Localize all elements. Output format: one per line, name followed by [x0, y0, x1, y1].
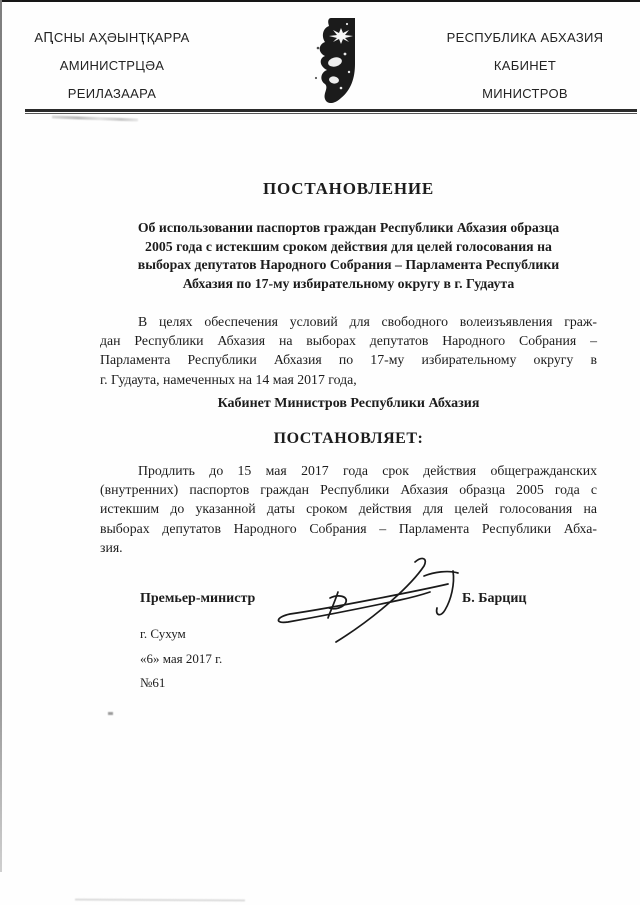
header-russian-line-1: РЕСПУБЛИКА АБХАЗИЯ [440, 24, 610, 52]
header-divider-thick-line [25, 109, 637, 112]
header-abkhaz-line-3: РЕИЛАЗААРА [2, 80, 222, 108]
header-russian-line-2: КАБИНЕТ [440, 52, 610, 80]
operative-paragraph: Продлить до 15 мая 2017 года срок действ… [100, 461, 597, 557]
scan-bottom-artifact [75, 899, 245, 902]
operative-line: Продлить до 15 мая 2017 года срок действ… [100, 461, 597, 480]
preamble-line: В целях обеспечения условий для свободно… [100, 312, 597, 331]
operative-line: (внутренних) паспортов граждан Республик… [100, 480, 597, 499]
signatory-post: Премьер-министр [140, 591, 255, 607]
issue-place: г. Сухум [140, 626, 186, 642]
header-abkhaz-line-1: АԤСНЫ АҲӘЫНҬҚАРРА [2, 24, 222, 52]
subject-line: Об использовании паспортов граждан Респу… [100, 219, 597, 238]
scan-speck-artifact [108, 712, 113, 715]
scan-smudge-artifact [52, 116, 138, 122]
resolves-heading: ПОСТАНОВЛЯЕТ: [100, 430, 597, 448]
preamble-paragraph: В целях обеспечения условий для свободно… [100, 312, 597, 389]
document-title: ПОСТАНОВЛЕНИЕ [100, 179, 597, 199]
signatory-name: Б. Барциц [462, 591, 527, 607]
header-russian-block: РЕСПУБЛИКА АБХАЗИЯ КАБИНЕТ МИНИСТРОВ [440, 24, 610, 108]
preamble-line: г. Гудаута, намеченных на 14 мая 2017 го… [100, 370, 597, 389]
issue-date: «6» мая 2017 г. [140, 651, 222, 667]
header-abkhaz-line-2: АМИНИСТРЦӘА [2, 52, 222, 80]
document-subject: Об использовании паспортов граждан Респу… [100, 219, 597, 293]
preamble-line: Парламента Республики Абхазия по 17-му и… [100, 350, 597, 369]
header-abkhaz-block: АԤСНЫ АҲӘЫНҬҚАРРА АМИНИСТРЦӘА РЕИЛАЗААРА [2, 24, 222, 108]
subject-line: 2005 года с истекшим сроком действия для… [100, 238, 597, 257]
header-russian-line-3: МИНИСТРОВ [440, 80, 610, 108]
scanned-decree-page: АԤСНЫ АҲӘЫНҬҚАРРА АМИНИСТРЦӘА РЕИЛАЗААРА… [0, 0, 640, 905]
operative-line: зия. [100, 538, 597, 557]
preamble-line: дан Республики Абхазия на выборах депута… [100, 331, 597, 350]
decree-number: №61 [140, 675, 165, 691]
operative-line: выборах депутатов Народного Собрания – П… [100, 519, 597, 538]
subject-line: Абхазия по 17-му избирательному округу в… [100, 275, 597, 294]
scan-left-edge-line [0, 0, 2, 872]
scan-top-edge-line [0, 0, 640, 2]
abkhazia-state-emblem-icon [311, 14, 363, 107]
subject-line: выборах депутатов Народного Собрания – П… [100, 256, 597, 275]
handwritten-signature-icon [272, 556, 482, 644]
header-divider-thin-line [25, 113, 637, 114]
issuing-authority: Кабинет Министров Республики Абхазия [100, 396, 597, 412]
operative-line: истекшим до указанной даты сроком действ… [100, 499, 597, 518]
